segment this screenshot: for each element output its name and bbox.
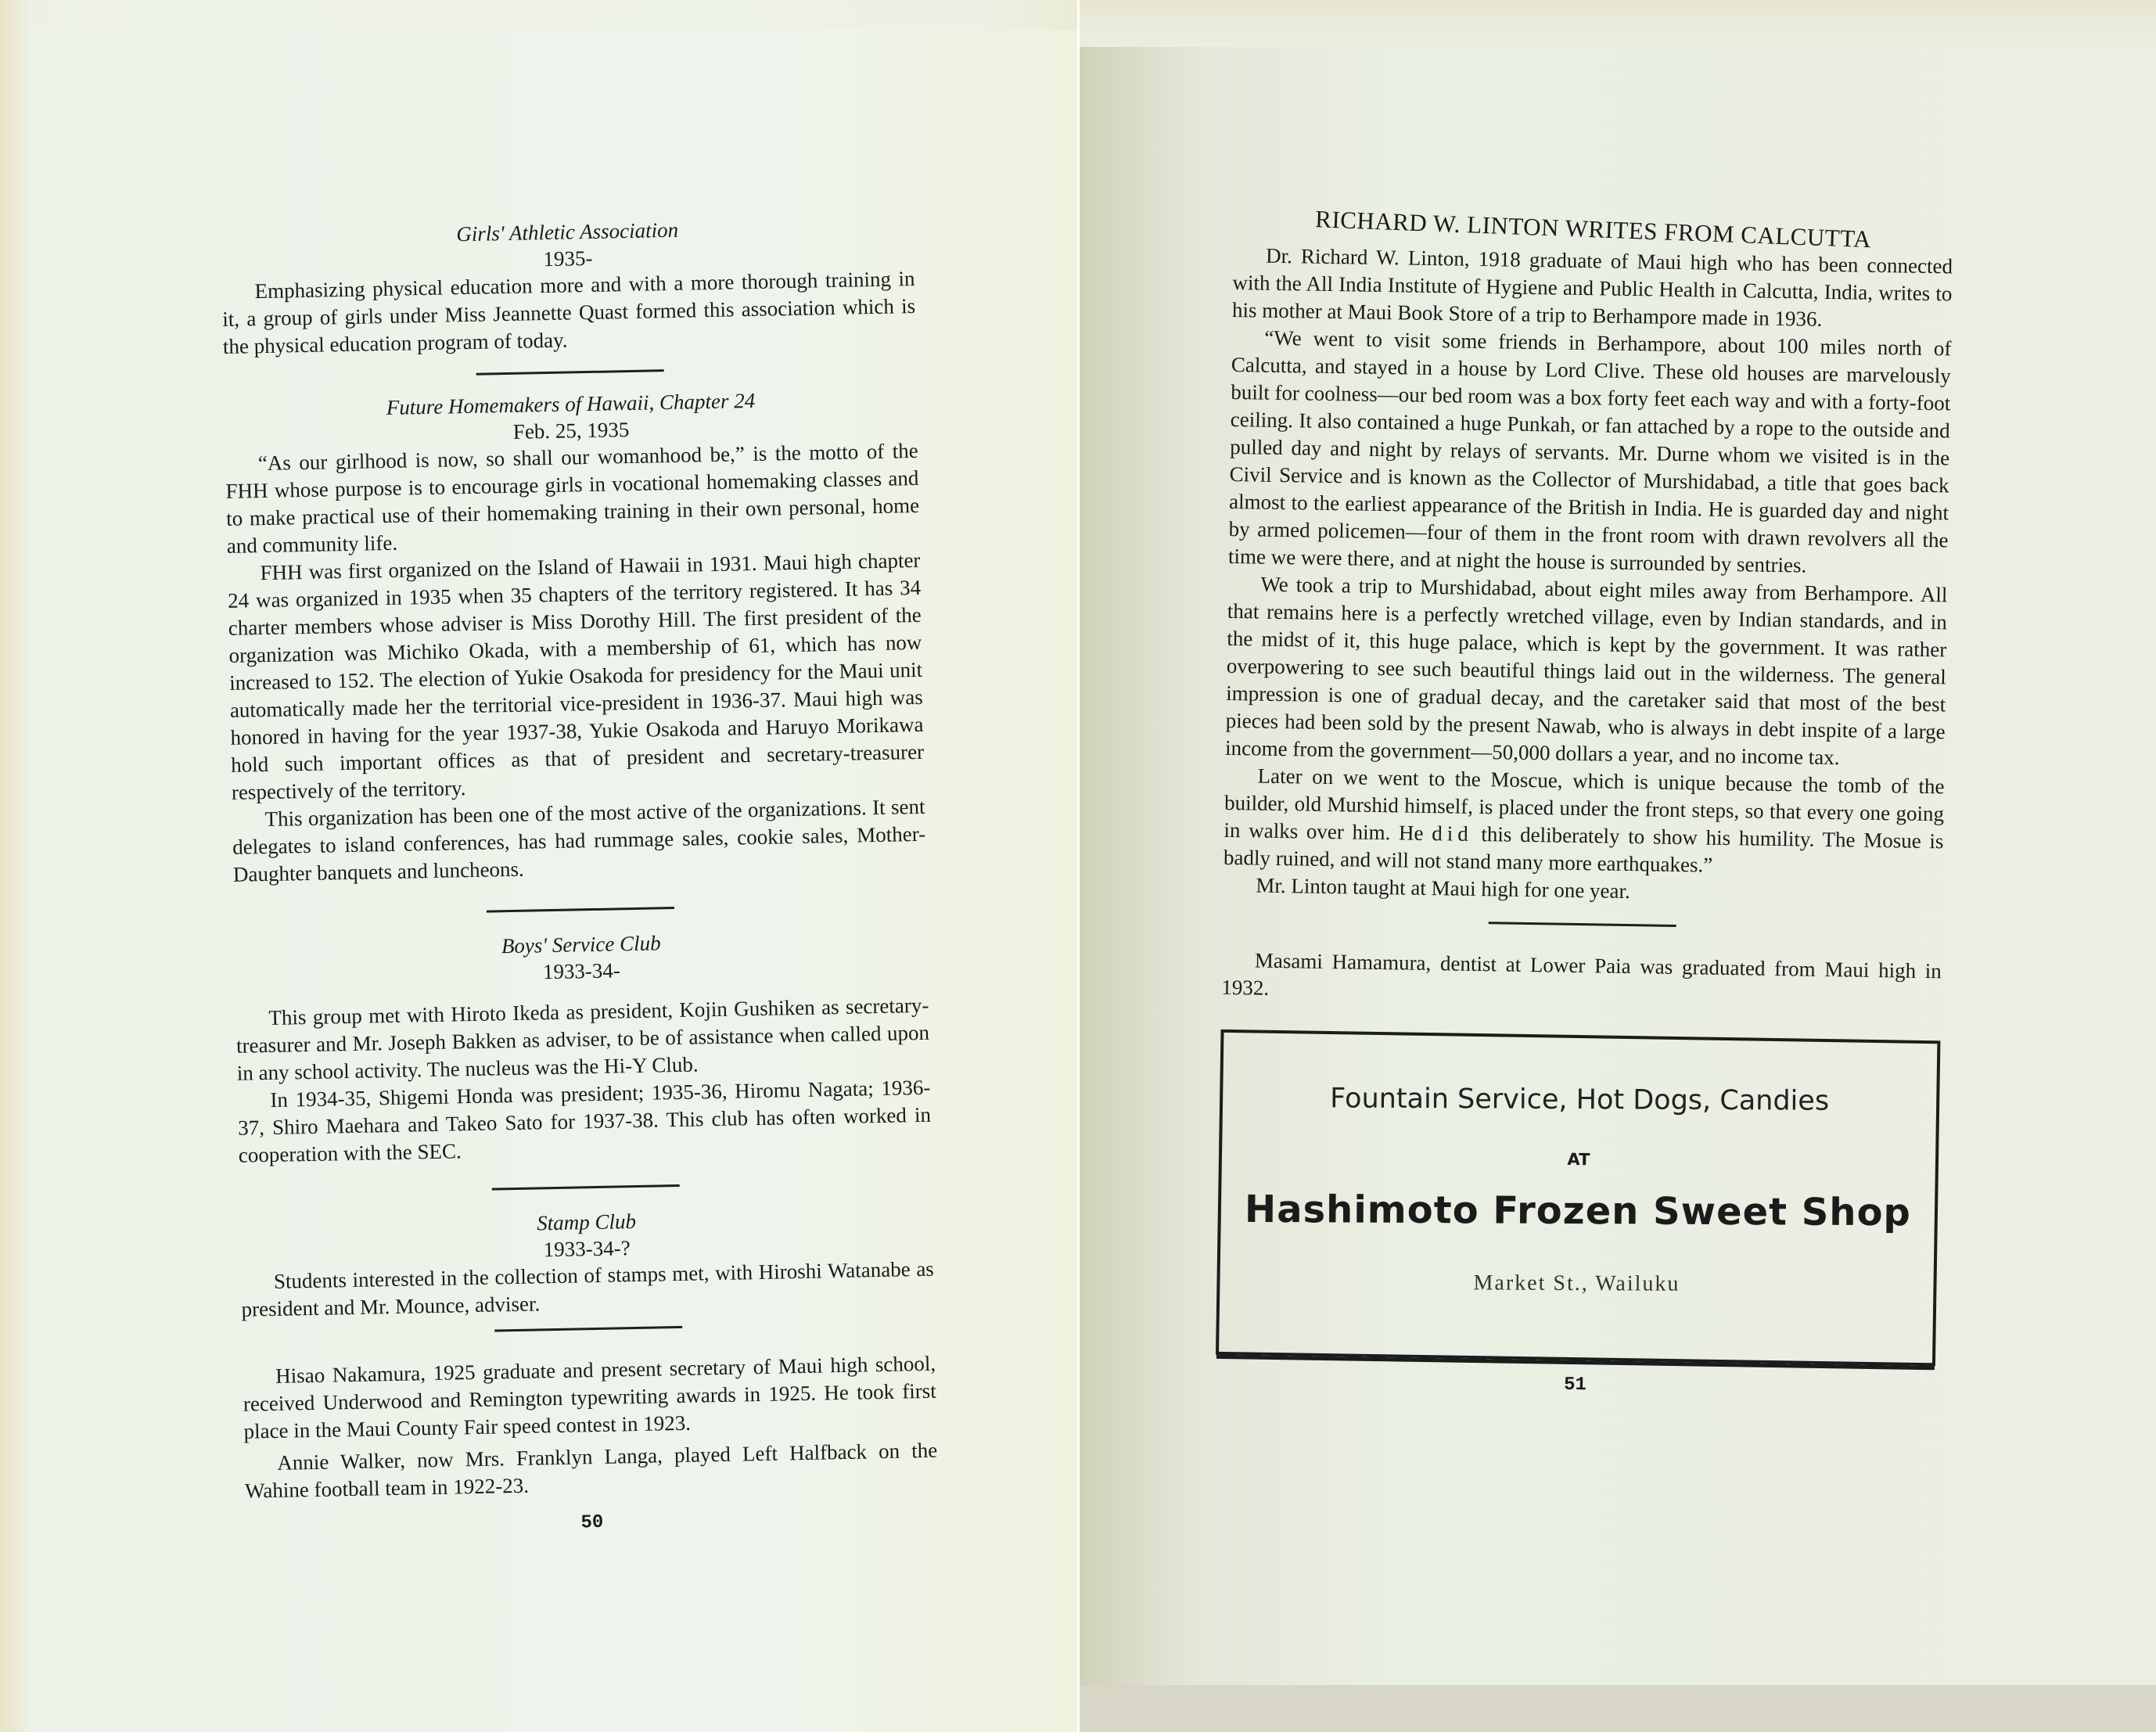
section-divider: [1489, 922, 1676, 927]
paragraph: Dr. Richard W. Linton, 1918 graduate of …: [1232, 242, 1953, 335]
book-spread: Girls' Athletic Association 1935- Emphas…: [0, 0, 2156, 1732]
right-page-bottom-edge: [1080, 1685, 2156, 1732]
section-future-homemakers: Future Homemakers of Hawaii, Chapter 24 …: [224, 384, 926, 889]
ad-services: Fountain Service, Hot Dogs, Candies: [1223, 1085, 1936, 1116]
section-girls-athletic-association: Girls' Athletic Association 1935- Emphas…: [221, 212, 916, 361]
paragraph: “We went to visit some friends in Berham…: [1228, 324, 1952, 581]
left-page-content: Girls' Athletic Association 1935- Emphas…: [221, 212, 939, 1543]
section-divider: [494, 1326, 682, 1332]
alumni-notes: Hisao Nakamura, 1925 graduate and presen…: [243, 1350, 938, 1505]
paragraph: We took a trip to Murshidabad, about eig…: [1225, 570, 1948, 773]
paragraph: “As our girlhood is now, so shall our wo…: [225, 437, 921, 560]
advertisement-box: Fountain Service, Hot Dogs, Candies AT H…: [1216, 1029, 1940, 1366]
paragraph-moscue: Later on we went to the Moscue, which is…: [1224, 762, 1945, 882]
section-boys-service-club: Boys' Service Club 1933-34- This group m…: [234, 925, 932, 1170]
right-page-top-edge: [1080, 0, 2156, 47]
ad-address: Market St., Wailuku: [1220, 1268, 1933, 1299]
paragraph: In 1934-35, Shigemi Honda was president;…: [237, 1074, 932, 1170]
emphasized-word: did: [1432, 821, 1473, 846]
section-divider: [487, 907, 674, 913]
ad-shop-name: Hashimoto Frozen Sweet Shop: [1221, 1196, 1935, 1227]
section-stamp-club: Stamp Club 1933-34-? Students interested…: [239, 1202, 934, 1324]
note-paragraph: Annie Walker, now Mrs. Franklyn Langa, p…: [244, 1437, 938, 1505]
alumni-note: Masami Hamamura, dentist at Lower Paia w…: [1221, 947, 1942, 1012]
section-divider: [492, 1184, 680, 1191]
ad-connector: AT: [1222, 1141, 1935, 1179]
paragraph: This group met with Hiroto Ikeda as pres…: [235, 992, 930, 1087]
section-divider: [476, 369, 664, 376]
right-page-content: RICHARD W. LINTON WRITES FROM CALCUTTA D…: [1215, 210, 1953, 1404]
paragraph: FHH was first organized on the Island of…: [227, 547, 925, 807]
note-paragraph: Hisao Nakamura, 1925 graduate and presen…: [243, 1350, 937, 1446]
paragraph: Emphasizing physical education more and …: [221, 265, 916, 361]
paragraph: This organization has been one of the mo…: [232, 793, 926, 889]
